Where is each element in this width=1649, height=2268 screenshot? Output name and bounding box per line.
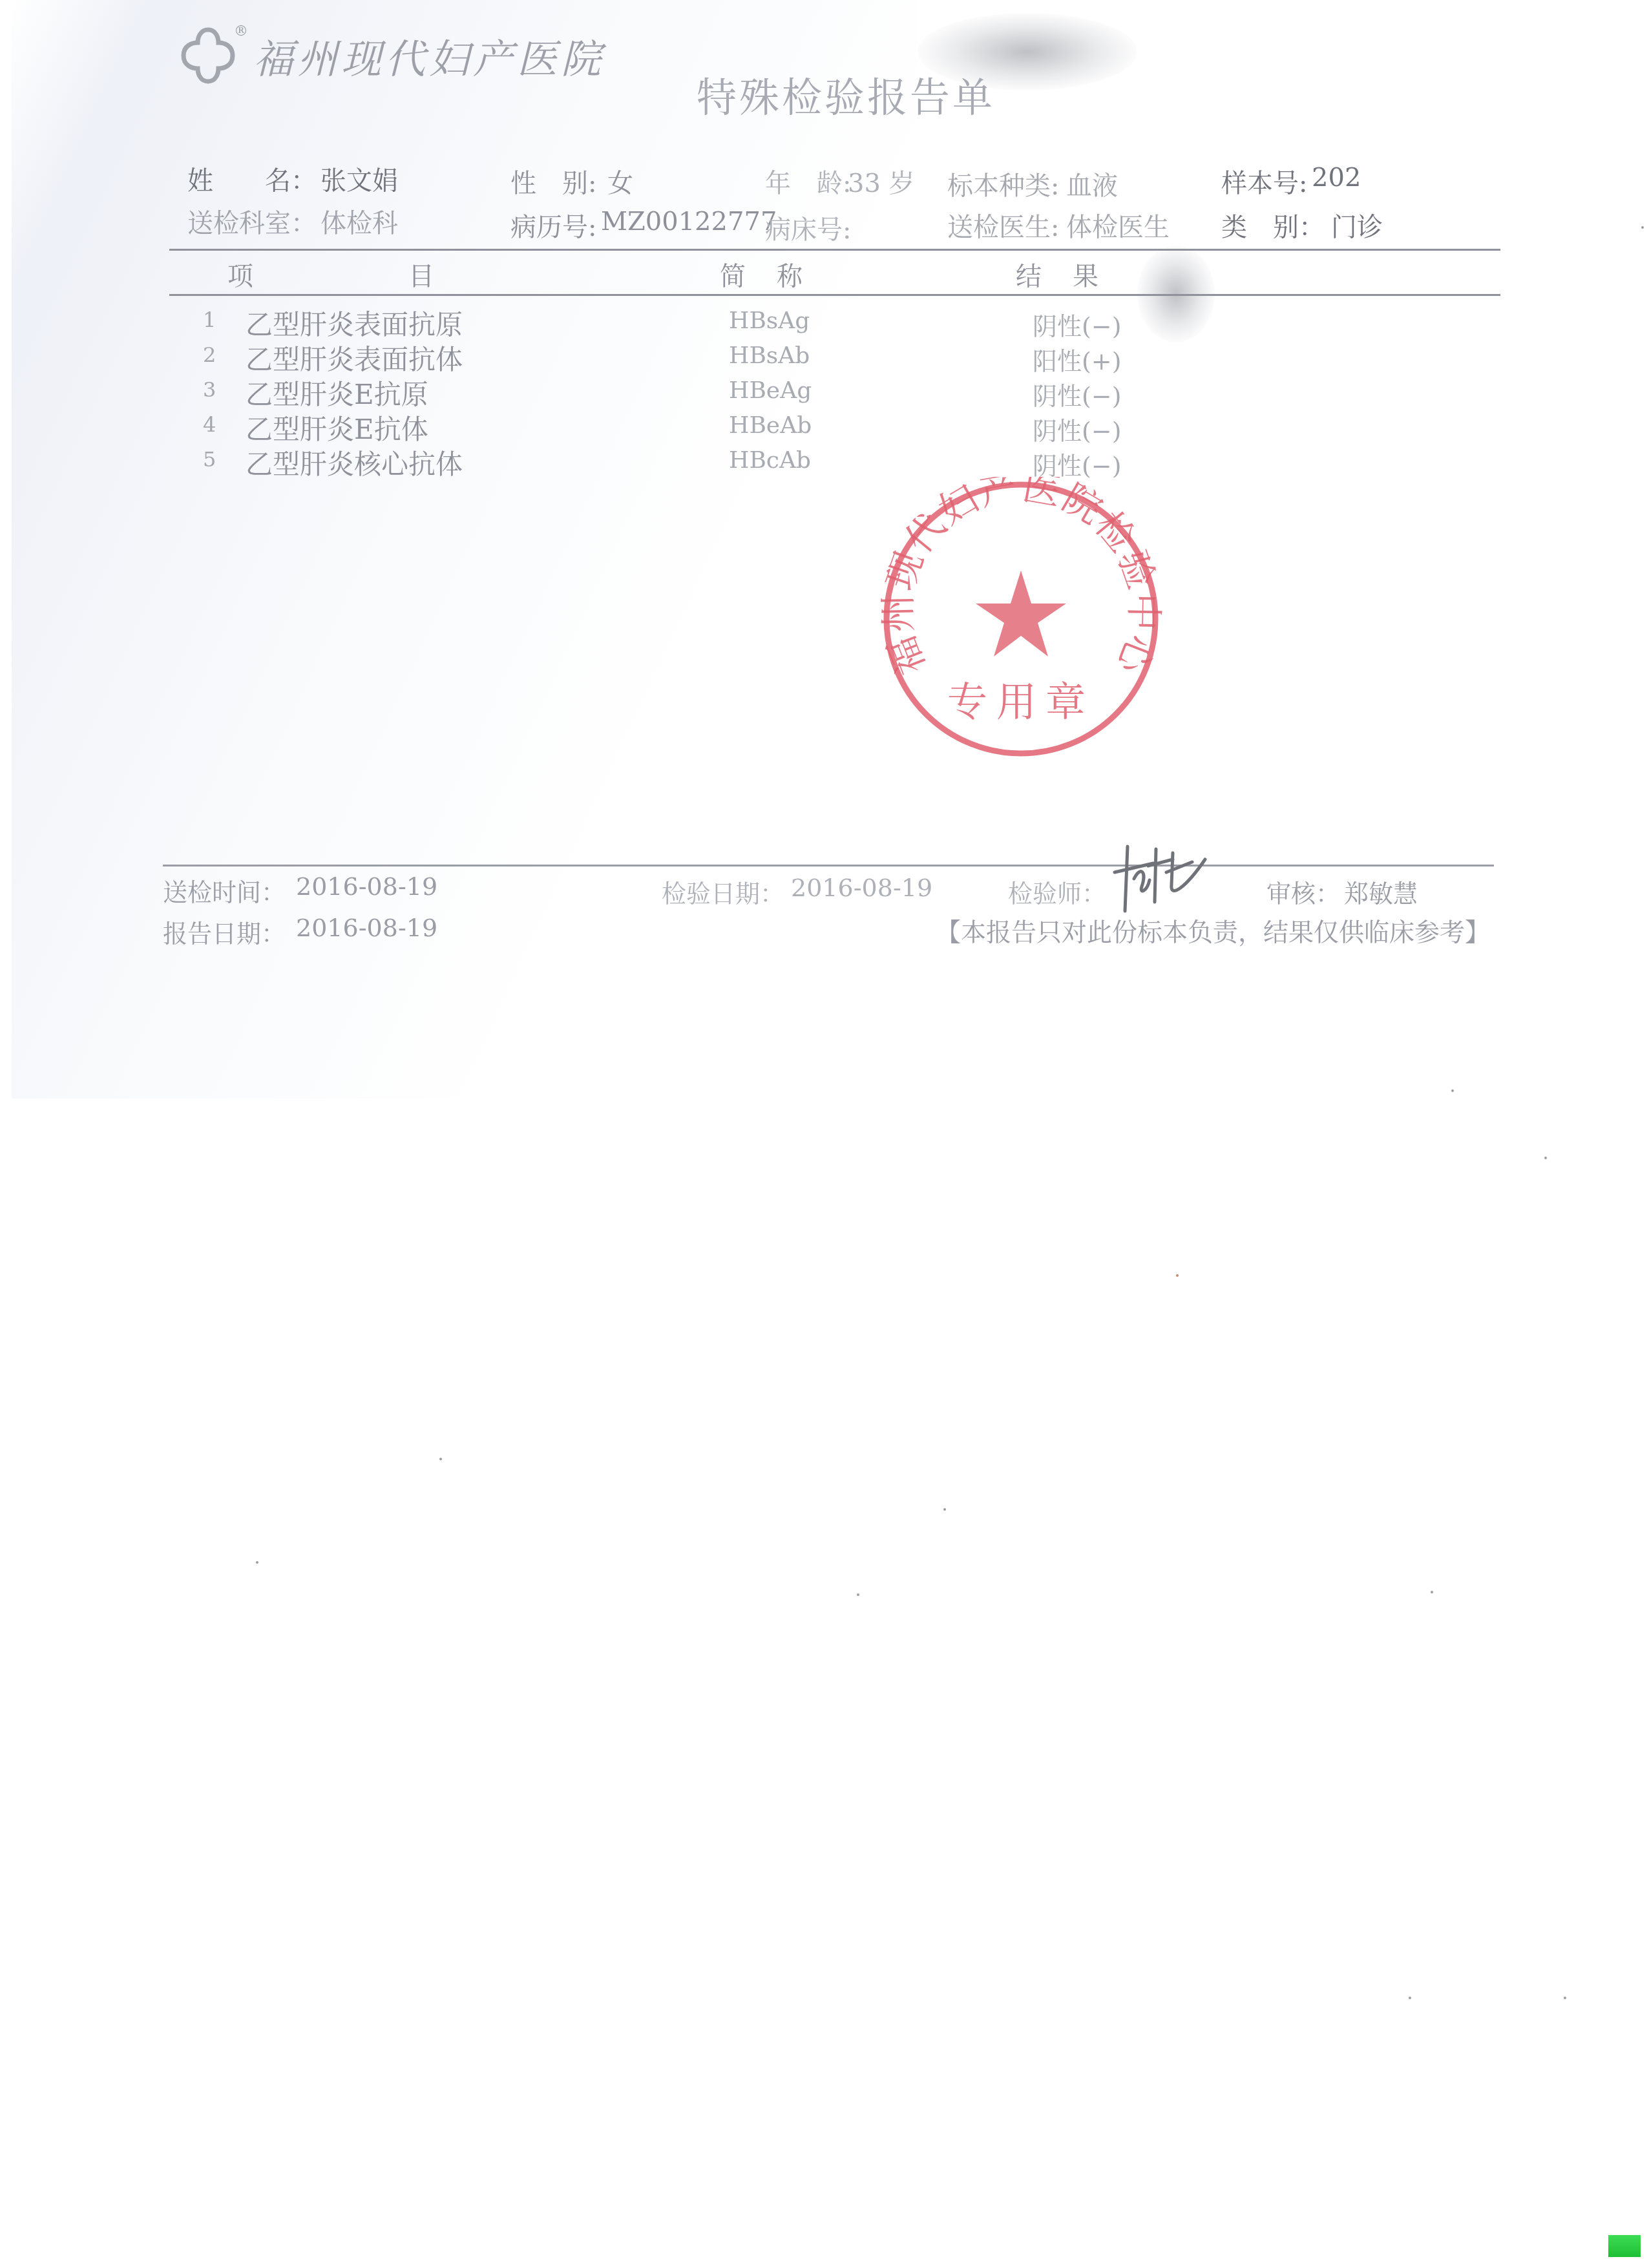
column-header-result: 结 果 [1016,256,1101,293]
test-date-label: 检验日期： [662,874,784,909]
scan-speck [1409,1997,1411,1999]
table-top-rule [169,249,1500,251]
watermark-badge [1608,2235,1641,2257]
doctor-value: 体检医生 [1066,207,1170,244]
report-date-label: 报告日期： [163,914,286,949]
hospital-name: 福州现代妇产医院 [253,27,605,85]
row-test-name: 乙型肝炎核心抗体 [246,443,463,482]
row-test-name: 乙型肝炎E抗体 [246,408,428,447]
scan-speck [1431,1591,1433,1593]
reviewer-label: 审核： [1266,874,1340,909]
record-no-label: 病历号: [510,207,596,244]
scan-speck [943,1508,946,1511]
row-number: 2 [203,342,216,367]
scan-speck [1176,1274,1179,1277]
doctor-label: 送检医生: [947,207,1059,244]
row-number: 5 [203,447,216,472]
gender-value: 女 [607,163,633,200]
examiner-label: 检验师： [1008,874,1106,909]
table-header-rule [169,294,1500,296]
registered-mark: ® [234,23,248,39]
gender-label: 性 别: [510,163,596,200]
submit-time-value: 2016-08-19 [296,872,437,901]
row-test-name: 乙型肝炎表面抗体 [246,339,463,377]
department-value: 体检科 [320,203,398,240]
scan-smudge [918,13,1137,90]
record-no-value: MZ00122777 [601,207,777,236]
row-result: 阴性(−) [1033,411,1122,446]
scan-speck [1564,1997,1566,1999]
examiner-signature-icon [1108,840,1218,918]
hospital-logo-icon [176,23,240,88]
scan-speck [1641,226,1644,229]
name-value: 张文娟 [320,160,398,197]
row-result: 阴性(−) [1033,376,1122,412]
row-abbreviation: HBeAg [729,377,812,404]
scan-speck [256,1561,258,1564]
specimen-type-value: 血液 [1066,165,1118,202]
test-date-value: 2016-08-19 [791,874,932,902]
scan-edge [0,0,12,2268]
column-header-item-2: 目 [408,256,437,293]
scan-speck [439,1458,442,1460]
bed-no-label: 病床号: [765,209,851,246]
row-number: 4 [203,412,216,437]
official-seal-stamp-icon: 福州现代妇产医院检验中心 专用章 [879,477,1163,761]
category-label: 类 别： [1221,207,1325,244]
scan-speck [857,1593,859,1596]
row-abbreviation: HBcAb [729,447,811,474]
name-label: 姓 名： [187,160,317,197]
age-value: 33 岁 [848,163,915,200]
sample-no-label: 样本号: [1221,163,1307,200]
footer-rule [163,865,1494,866]
row-result: 阴性(−) [1033,446,1122,481]
row-test-name: 乙型肝炎E抗原 [246,373,428,412]
row-result: 阳性(+) [1033,341,1122,377]
column-header-item-1: 项 [227,256,256,293]
row-abbreviation: HBsAb [729,342,810,369]
reviewer-value: 郑敏慧 [1344,874,1418,909]
row-result: 阴性(−) [1033,306,1122,342]
submit-time-label: 送检时间： [163,872,286,908]
column-header-abbr: 简 称 [720,256,805,293]
scan-speck [1451,1089,1454,1092]
row-number: 3 [203,377,216,402]
category-value: 门诊 [1331,207,1383,244]
age-label: 年 龄: [765,163,851,200]
report-date-value: 2016-08-19 [296,914,437,942]
department-label: 送检科室： [187,203,317,240]
row-abbreviation: HBeAb [729,412,812,439]
svg-text:专用章: 专用章 [947,678,1095,726]
sample-no-value: 202 [1312,163,1361,193]
row-abbreviation: HBsAg [729,308,810,334]
row-test-name: 乙型肝炎表面抗原 [246,304,463,342]
disclaimer: 【本报告只对此份标本负责，结果仅供临床参考】 [936,912,1490,949]
specimen-type-label: 标本种类: [947,165,1059,202]
scan-speck [1544,1157,1547,1159]
row-number: 1 [203,308,216,332]
